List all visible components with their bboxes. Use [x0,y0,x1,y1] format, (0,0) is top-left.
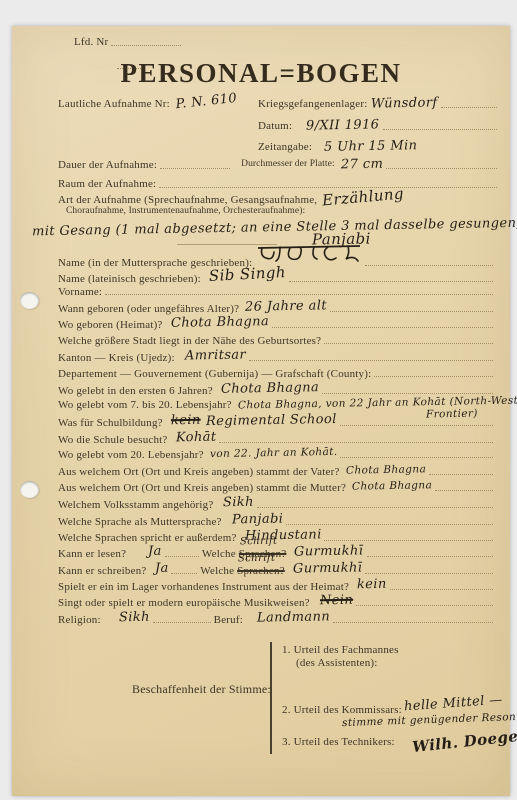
row-label: Spielt er ein im Lager vorhandenes Instr… [58,581,349,593]
row-label: Aus welchem Ort (Ort und Kreis angeben) … [58,466,340,478]
form-row: Welche größere Stadt liegt in der Nähe d… [58,334,496,350]
row-line [324,531,493,541]
questions-block: Name (in der Muttersprache geschrieben):… [58,252,496,628]
durchmesser-label: Durchmesser der Platte: [241,159,335,174]
dauer-label: Dauer der Aufnahme: [58,159,157,174]
form-row: Spielt er ein im Lager vorhandenes Instr… [58,579,496,595]
row-label: Was für Schulbildung? [58,417,163,429]
punch-hole-bottom [20,481,39,498]
row-label: Departement — Gouvernement (Gubernija) —… [58,368,371,380]
aufnahme-nr-label: Lautliche Aufnahme Nr: [58,98,170,113]
row-label: Kann er lesen? [58,548,126,560]
row-label: Welche Sprache als Muttersprache? [58,516,222,528]
form-row-lesen: Kann er lesen? Ja Welche Sprachen? Schri… [58,546,496,562]
row-line [257,498,493,508]
row-line [367,547,493,557]
datum-handwriting: 9/XII 1916 [306,117,380,133]
art-label-line1: Art der Aufnahme (Sprechaufnahme, Gesang… [58,194,317,206]
voice-item3-label: 3. Urteil des Technikers: [282,736,395,748]
row-line [330,302,493,312]
row-line [340,448,493,458]
row-handwriting-2: Gurmukhī [294,544,364,560]
crossed-word-wrap: Sprachen? Schrift [237,565,285,577]
row-label: Wo gelebt vom 20. Lebensjahr? [58,449,204,461]
row-line [105,285,493,295]
lfd-nr-line [111,36,181,46]
voice-section-label: Beschaffenheit der Stimme: [132,682,271,697]
row-line [322,383,493,393]
row-label-2: Welche [202,548,236,560]
row-line [333,612,493,622]
row-line [289,272,493,282]
row-label: Religion: [58,614,101,626]
zeitangabe-handwriting: 5 Uhr 15 Min [324,138,418,155]
form-row: Wo die Schule besucht? Kohāt [58,432,496,448]
zeitangabe-label: Zeitangabe: [258,141,312,156]
raum-row: Raum der Aufnahme: [58,178,500,190]
voice-brace-line [270,642,272,754]
row-handwriting: kein [357,577,387,593]
row-line [219,432,493,442]
form-row: Wo geboren (Heimat)? Chota Bhagna [58,317,496,333]
row-line [390,580,493,590]
row-handwriting: Regimental School [206,412,337,429]
art-label-line2: Choraufnahme, Instrumentenaufnahme, Orch… [66,206,305,216]
row-handwriting-2: Landmann [257,609,330,625]
row-label: Name (lateinisch geschrieben): [58,273,201,285]
row-label: Welche größere Stadt liegt in der Nähe d… [58,335,321,347]
lfd-nr-label: Lfd. Nr [74,36,108,48]
lager-handwriting: Wünsdorf [371,95,438,111]
form-row: Wo gelebt vom 20. Lebensjahr? von 22. Ja… [58,448,496,464]
lfd-nr-row: Lfd. Nr [74,36,184,48]
row-line [286,514,493,524]
row-line [356,596,493,606]
row-handwriting: Sib Singh [208,263,286,285]
form-row: Name (lateinisch geschrieben): Sib Singh [58,268,496,284]
dauer-row: Dauer der Aufnahme: Durchmesser der Plat… [58,159,500,174]
row-label: Kanton — Kreis (Ujedz): [58,352,175,364]
row-label: Wo gelebt vom 7. bis 20. Lebensjahr? [58,399,232,411]
form-row: Aus welchem Ort (Ort und Kreis angeben) … [58,481,496,497]
zeitangabe-row: Zeitangabe: 5 Uhr 15 Min [258,141,500,156]
row-handwriting: 26 Jahre alt [245,298,327,314]
crossed-out-label: Sprachen? [237,565,285,577]
row-handwriting: Ja [148,544,162,559]
correction-handwriting: Schrift [238,552,276,564]
raum-line [159,178,497,188]
row-handwriting: Chota Bhagna [221,380,319,397]
row-label: Wo die Schule besucht? [58,434,168,446]
row-label: Wo geboren (Heimat)? [58,319,163,331]
technician-signature: Wilh. Doegen [412,732,517,751]
row-handwriting: Panjabi [231,511,283,527]
row-handwriting: von 22. Jahr an Kohāt. [210,446,338,460]
crossed-out-handwriting: Nein [320,593,353,609]
punch-hole-top [20,292,39,309]
durchmesser-line [386,159,497,169]
row-label: Wann geboren (oder ungefähres Alter)? [58,303,239,315]
row-line [153,612,211,622]
row-handwriting: Amritsar [185,348,246,364]
form-row-schreiben: Kann er schreiben? Ja Welche Sprachen? S… [58,563,496,579]
form-row: Kanton — Kreis (Ujedz): Amritsar [58,350,496,366]
voice-item2-handwriting-line2: stimme mit genügender Reson. [342,710,517,728]
row-line [365,563,493,573]
aufnahme-nr-handwriting: P. N. 610 [175,91,238,112]
voice-item1-line1: 1. Urteil des Fachmannes [282,644,399,656]
datum-line [383,120,497,130]
lager-label: Kriegsgefangenenlager: [258,98,367,113]
row-label: Aus welchem Ort (Ort und Kreis angeben) … [58,482,346,494]
row-label: Singt oder spielt er modern europäische … [58,597,310,609]
correction-handwriting: Schrift [240,536,278,548]
scanned-form-page: Lfd. Nr PERSONAL=BOGEN Lautliche Aufnahm… [12,26,510,796]
durchmesser-handwriting: 27 cm [341,157,384,173]
row-line [435,481,493,491]
art-handwriting-line2: mit Gesang (1 mal abgesetzt; an eine Ste… [32,218,517,236]
row-label-2: Welche [200,565,234,577]
form-row-religion: Religion: Sikh Beruf: Landmann [58,612,496,628]
row-line [165,547,199,557]
row-handwriting-2: Gurmukhī [293,560,363,576]
row-line [249,351,493,361]
row-line [374,366,493,376]
raum-label: Raum der Aufnahme: [58,178,156,190]
row-line [171,563,197,573]
dauer-line [160,159,230,169]
lager-line [441,98,497,108]
row-label: Welche Sprachen spricht er außerdem? [58,532,237,544]
row-handwriting: Chota Bhagna [170,315,268,332]
lager-row: Kriegsgefangenenlager: Wünsdorf [258,98,500,113]
art-handwriting-line1: Erzählung [322,188,404,207]
row-handwriting: Kohāt [175,429,216,445]
row-handwriting: Sikh [119,609,150,625]
form-row: Singt oder spielt er modern europäische … [58,595,496,611]
row-label: Vorname: [58,286,102,298]
page-title: PERSONAL=BOGEN [12,58,510,89]
row-handwriting: Ja [154,560,168,575]
row-handwriting: Chota Bhagna [352,479,432,492]
row-line [429,464,493,474]
row-label: Kann er schreiben? [58,565,147,577]
voice-item1-line2: (des Assistenten): [296,657,378,669]
datum-row: Datum: 9/XII 1916 [258,120,500,135]
row-handwriting: Chota Bhagna [345,463,425,476]
row-handwriting: Sikh [223,495,254,511]
row-line [365,256,493,266]
crossed-out-handwriting: kein [171,413,201,429]
row-label-2: Beruf: [214,614,243,626]
form-row: Wann geboren (oder ungefähres Alter)? 26… [58,301,496,317]
row-line [324,334,493,344]
row-label: Welchem Volksstamm angehörig? [58,499,213,511]
row-label: Wo gelebt in den ersten 6 Jahren? [58,385,213,397]
row-line [272,318,493,328]
aufnahme-nr-row: Lautliche Aufnahme Nr: P. N. 610 [58,98,258,113]
row-handwriting-wrap: Frontier) [426,408,478,421]
datum-label: Datum: [258,120,292,135]
